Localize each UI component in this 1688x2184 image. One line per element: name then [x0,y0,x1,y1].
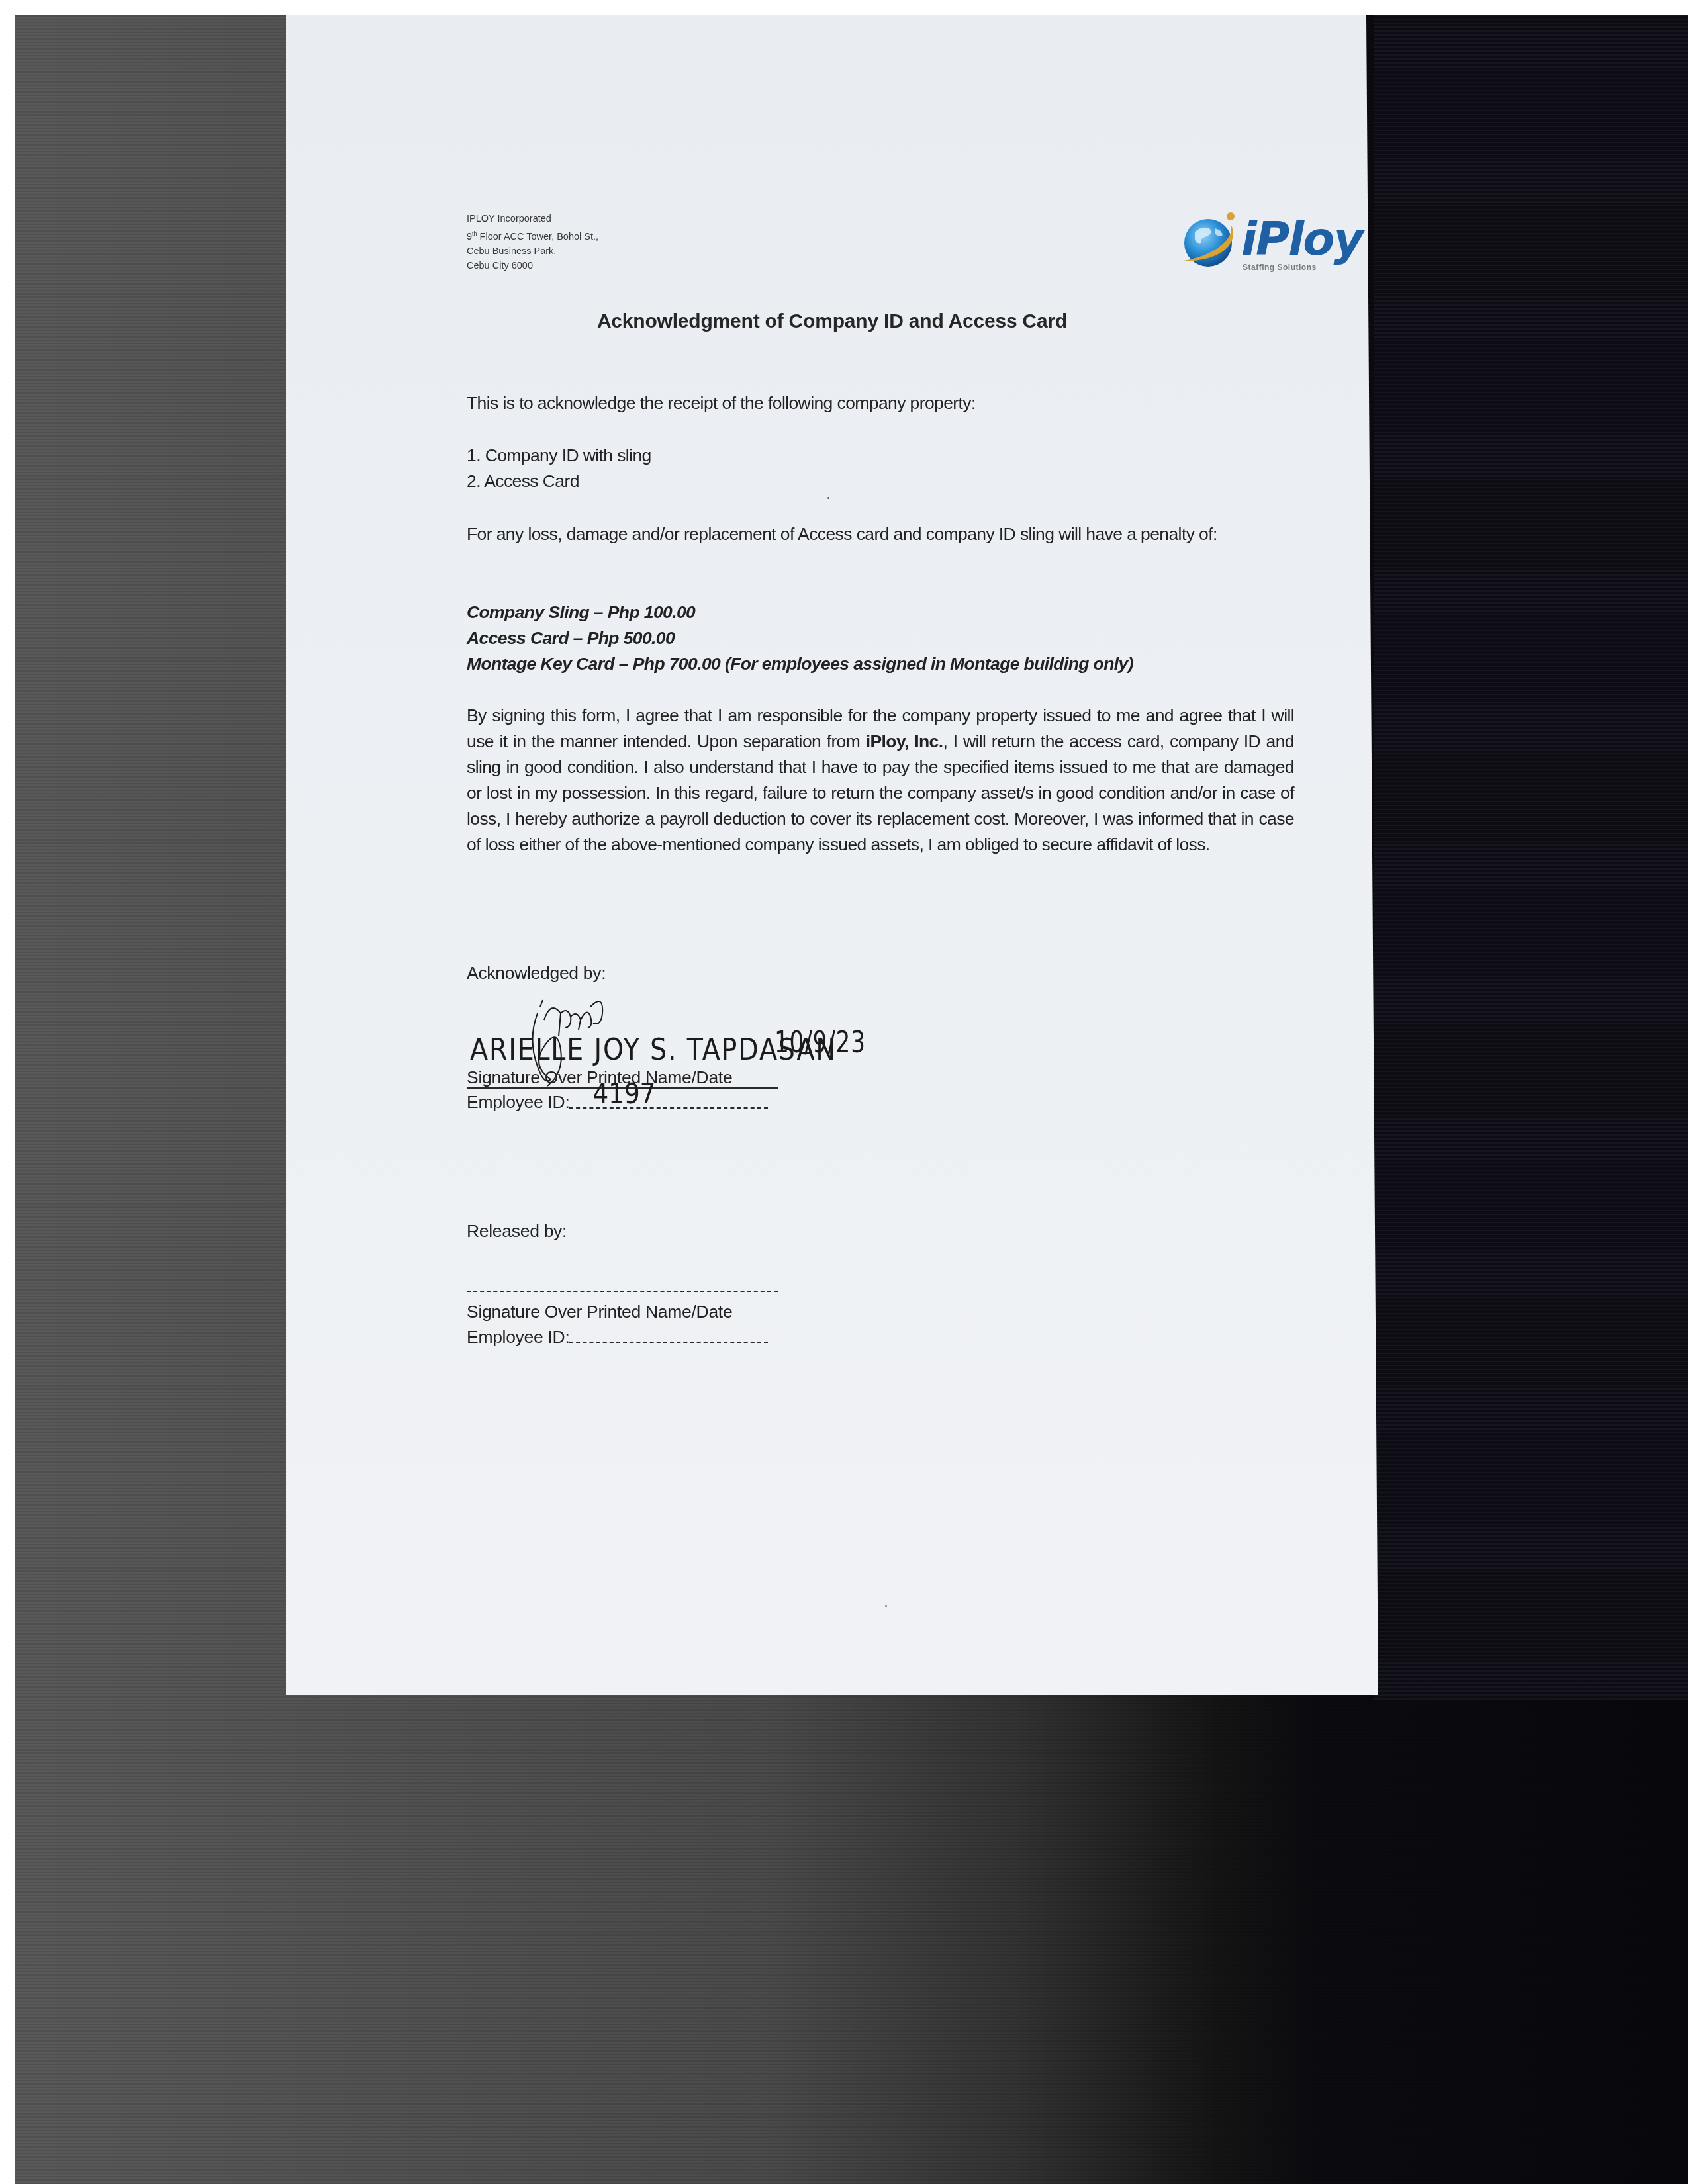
intro-text: This is to acknowledge the receipt of th… [467,390,1294,416]
list-item: 2. Access Card [467,469,1294,494]
page-title: Acknowledgment of Company ID and Access … [286,310,1378,333]
iploy-logo: iPloy Staffing Solutions [1176,208,1348,281]
penalty-item: Company Sling – Php 100.00 [467,600,1294,625]
company-address: IPLOY Incorporated 9th Floor ACC Tower, … [467,212,598,273]
company-name: IPLOY Incorporated [467,212,598,226]
employee-id-label: Employee ID: [467,1092,569,1113]
company-name-bold: iPloy, Inc. [866,731,943,751]
penalty-item: Montage Key Card – Php 700.00 (For emplo… [467,651,1294,677]
handwritten-date: 10/9/23 [774,1026,866,1060]
address-line-3: Cebu City 6000 [467,259,598,273]
penalty-intro-text: For any loss, damage and/or replacement … [467,522,1294,547]
address-line-1: 9th Floor ACC Tower, Bohol St., [467,226,598,244]
property-list: 1. Company ID with sling 2. Access Card [467,443,1294,494]
handwritten-employee-id: 4197 [593,1077,656,1110]
acknowledged-by-label: Acknowledged by: [467,963,606,983]
list-item: 1. Company ID with sling [467,443,1294,469]
penalty-list: Company Sling – Php 100.00 Access Card –… [467,600,1294,677]
penalty-item: Access Card – Php 500.00 [467,625,1294,651]
address-line-2: Cebu Business Park, [467,244,598,259]
released-employee-id-field: Employee ID: [467,1327,768,1347]
globe-swoosh-icon [1176,208,1249,278]
document-page: IPLOY Incorporated 9th Floor ACC Tower, … [286,15,1378,1695]
agreement-paragraph: By signing this form, I agree that I am … [467,703,1294,858]
logo-tagline: Staffing Solutions [1243,263,1317,272]
employee-id-blank: 4197 [569,1094,768,1109]
released-signature-line [467,1291,778,1292]
released-by-label: Released by: [467,1221,567,1242]
scanner-background-dark [1374,15,1688,1700]
acknowledged-employee-id-field: Employee ID: 4197 [467,1092,768,1113]
paper-speck [827,497,829,499]
logo-wordmark: iPloy [1241,212,1362,265]
paper-speck [885,1605,887,1607]
employee-id-label: Employee ID: [467,1327,569,1347]
employee-id-blank [569,1329,768,1343]
released-signature-caption: Signature Over Printed Name/Date [467,1302,732,1322]
